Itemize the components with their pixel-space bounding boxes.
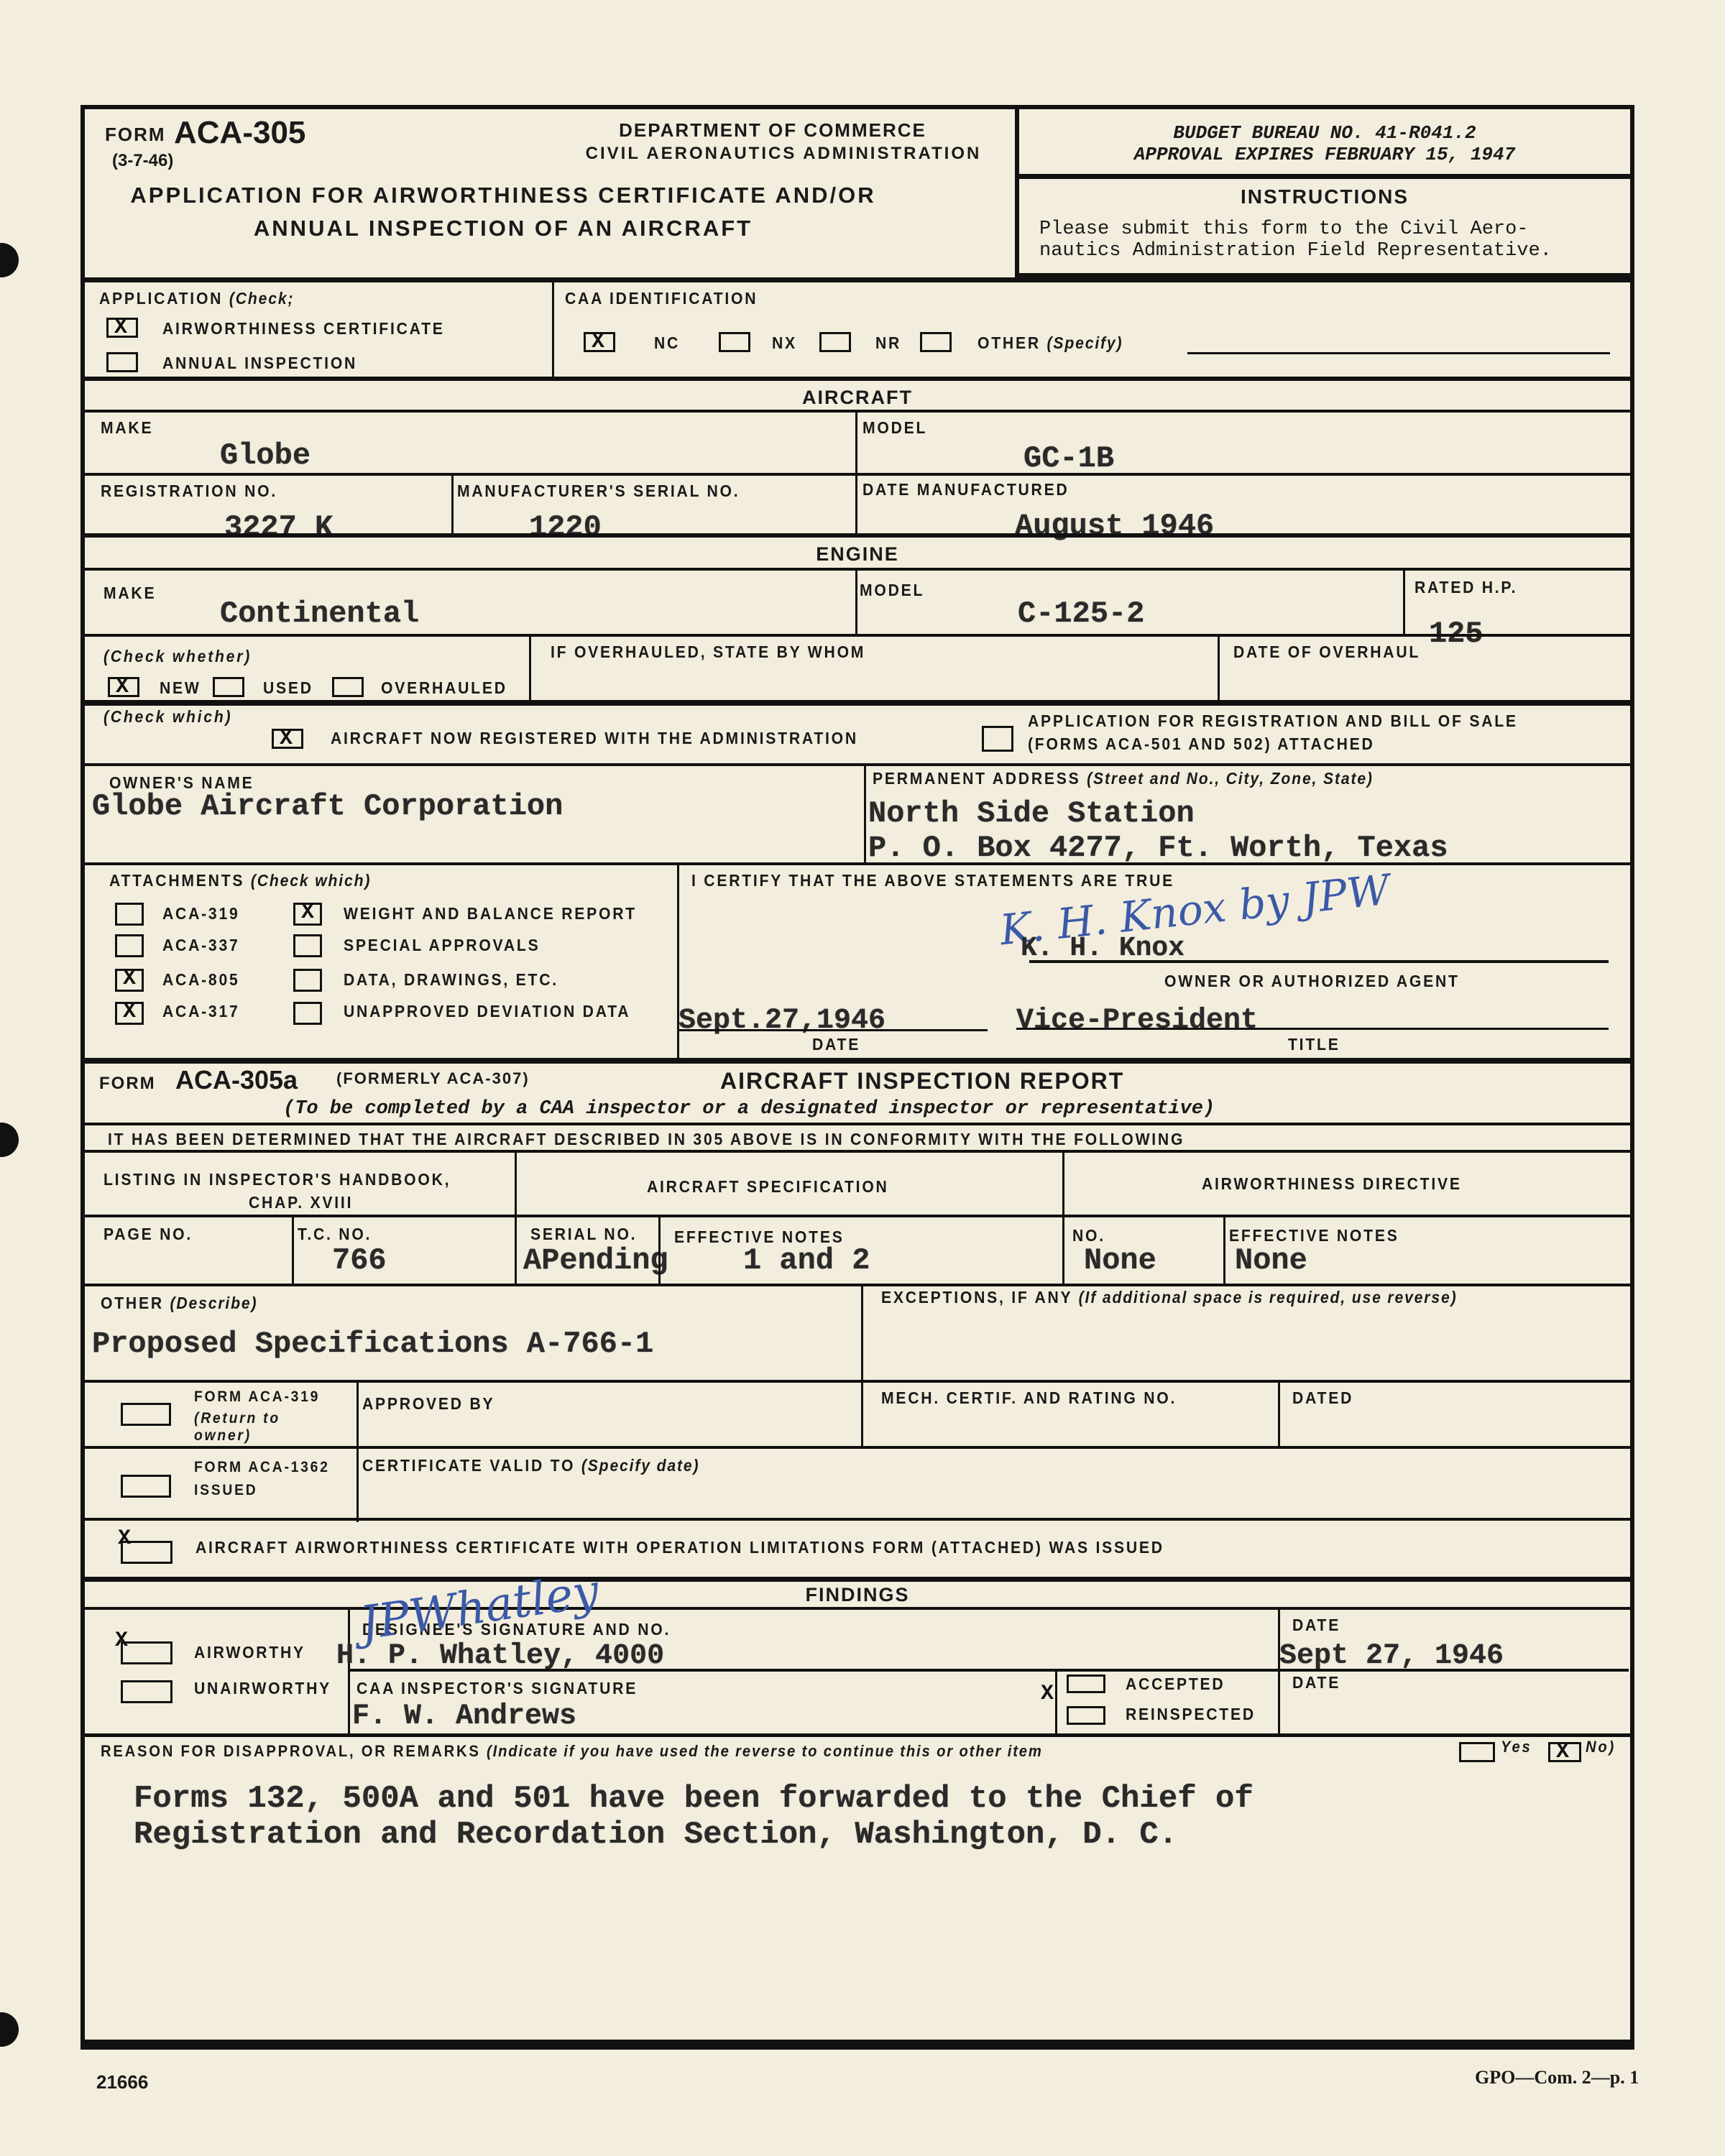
certify-date-value[interactable]: Sept.27,1946 <box>678 1005 885 1037</box>
airworthy-label: AIRWORTHY <box>194 1643 305 1662</box>
findings-date-value[interactable]: Sept 27, 1946 <box>1279 1640 1504 1672</box>
accepted-x-mark: X <box>1041 1682 1054 1706</box>
remarks-yes-label: Yes <box>1501 1738 1532 1756</box>
attachments-label: ATTACHMENTS (Check which) <box>109 871 371 890</box>
engine-new-checkbox[interactable] <box>108 677 139 697</box>
inspection-subtitle: (To be completed by a CAA inspector or a… <box>283 1098 1215 1120</box>
other-specify-field[interactable] <box>1187 352 1610 354</box>
other-describe-label: OTHER (Describe) <box>101 1294 257 1313</box>
aircraft-section-title: AIRCRAFT <box>85 387 1630 409</box>
application-label: APPLICATION (Check; <box>99 289 294 308</box>
nc-checkbox[interactable] <box>584 332 615 352</box>
annual-inspection-checkbox[interactable] <box>106 352 138 372</box>
instructions-text-1: Please submit this form to the Civil Aer… <box>1039 218 1529 240</box>
ad-effective-notes-value[interactable]: None <box>1235 1243 1307 1278</box>
footer-gpo: GPO—Com. 2—p. 1 <box>1475 2067 1639 2088</box>
inspection-report-title: AIRCRAFT INSPECTION REPORT <box>720 1068 1124 1095</box>
listing-label-2: CHAP. XVIII <box>249 1193 353 1212</box>
registration-no-label: REGISTRATION NO. <box>101 482 277 501</box>
date-manufactured-value[interactable]: August 1946 <box>1015 509 1214 543</box>
serial-no-label: SERIAL NO. <box>530 1225 637 1244</box>
valid-to-label: CERTIFICATE VALID TO (Specify date) <box>362 1456 699 1475</box>
spec-effective-notes-value[interactable]: 1 and 2 <box>743 1243 870 1278</box>
conformity-statement: IT HAS BEEN DETERMINED THAT THE AIRCRAFT… <box>108 1130 1184 1149</box>
aircraft-specification-label: AIRCRAFT SPECIFICATION <box>647 1177 889 1197</box>
form-prefix: FORM <box>105 124 166 146</box>
aca-319-form-label: FORM ACA-319 <box>194 1388 320 1406</box>
engine-section-title: ENGINE <box>85 543 1630 566</box>
findings-title: FINDINGS <box>85 1584 1630 1606</box>
airworthiness-certificate-checkbox[interactable] <box>106 318 138 338</box>
address-line1[interactable]: North Side Station <box>868 796 1195 831</box>
rated-hp-label: RATED H.P. <box>1414 578 1517 597</box>
airworthiness-directive-label: AIRWORTHINESS DIRECTIVE <box>1202 1174 1462 1194</box>
serial-no-value[interactable]: APending <box>523 1243 668 1278</box>
ad-no-value[interactable]: None <box>1084 1243 1156 1278</box>
nx-checkbox[interactable] <box>719 332 750 352</box>
nx-label: NX <box>772 333 797 353</box>
address-line2[interactable]: P. O. Box 4277, Ft. Worth, Texas <box>868 831 1448 865</box>
nc-label: NC <box>654 333 680 353</box>
airworthy-checkbox[interactable] <box>121 1641 172 1664</box>
registration-no-value[interactable]: 3227 K <box>224 510 333 545</box>
aca-1362-form-label: FORM ACA-1362 <box>194 1459 330 1476</box>
engine-new-label: NEW <box>160 678 201 698</box>
reinspected-label: REINSPECTED <box>1126 1705 1256 1724</box>
mech-cert-label: MECH. CERTIF. AND RATING NO. <box>881 1388 1177 1408</box>
aca-1362-issued-label: ISSUED <box>194 1482 257 1499</box>
aca-805-label: ACA-805 <box>162 970 240 990</box>
budget-bureau-no: BUDGET BUREAU NO. 41-R041.2 <box>1019 122 1630 144</box>
instructions-heading: INSTRUCTIONS <box>1019 185 1630 208</box>
caa-inspector-value[interactable]: F. W. Andrews <box>352 1700 576 1733</box>
aca-319-label: ACA-319 <box>162 904 240 923</box>
punch-hole <box>0 2012 19 2047</box>
special-approvals-label: SPECIAL APPROVALS <box>344 936 540 955</box>
data-drawings-label: DATA, DRAWINGS, ETC. <box>344 970 558 990</box>
aca-317-checkbox[interactable] <box>115 1002 144 1025</box>
nr-checkbox[interactable] <box>819 332 851 352</box>
manufacturer-serial-value[interactable]: 1220 <box>529 510 602 545</box>
certificate-issued-x-mark: X <box>118 1526 131 1551</box>
overhauled-by-label: IF OVERHAULED, STATE BY WHOM <box>551 642 865 662</box>
remarks-label: REASON FOR DISAPPROVAL, OR REMARKS (Indi… <box>101 1742 1043 1761</box>
caa-identification-label: CAA IDENTIFICATION <box>565 289 758 308</box>
inspection-formerly: (FORMERLY ACA-307) <box>336 1069 530 1088</box>
annual-inspection-label: ANNUAL INSPECTION <box>162 354 357 373</box>
aircraft-make-value[interactable]: Globe <box>220 438 310 473</box>
engine-used-label: USED <box>263 678 313 698</box>
certify-date-label: DATE <box>812 1035 860 1054</box>
owner-typed-name[interactable]: K. H. Knox <box>1021 933 1184 964</box>
registration-application-label-1: APPLICATION FOR REGISTRATION AND BILL OF… <box>1028 711 1518 731</box>
aircraft-model-value[interactable]: GC-1B <box>1023 441 1114 476</box>
other-label: OTHER (Specify) <box>977 333 1123 353</box>
engine-model-value[interactable]: C-125-2 <box>1018 596 1144 631</box>
owner-name-value[interactable]: Globe Aircraft Corporation <box>92 789 563 824</box>
tc-no-label: T.C. NO. <box>298 1225 372 1244</box>
aircraft-model-label: MODEL <box>862 418 927 438</box>
accepted-checkbox[interactable] <box>1067 1674 1105 1693</box>
weight-balance-label: WEIGHT AND BALANCE REPORT <box>344 904 637 923</box>
certificate-issued-label: AIRCRAFT AIRWORTHINESS CERTIFICATE WITH … <box>195 1538 1164 1557</box>
certify-statement: I CERTIFY THAT THE ABOVE STATEMENTS ARE … <box>691 871 1174 890</box>
aca-337-checkbox[interactable] <box>115 934 144 957</box>
engine-overhauled-label: OVERHAULED <box>381 678 507 698</box>
punch-hole <box>0 243 19 277</box>
form-title-line1: APPLICATION FOR AIRWORTHINESS CERTIFICAT… <box>108 183 898 208</box>
agency: CIVIL AERONAUTICS ADMINISTRATION <box>561 144 1006 164</box>
nr-label: NR <box>875 333 901 353</box>
weight-balance-checkbox[interactable] <box>293 903 322 926</box>
designee-value[interactable]: H. P. Whatley, 4000 <box>336 1640 664 1672</box>
remarks-no-label: No) <box>1586 1738 1616 1756</box>
form-title-line2: ANNUAL INSPECTION OF AN AIRCRAFT <box>108 216 898 241</box>
form-number: ACA-305 <box>174 115 305 151</box>
data-drawings-checkbox[interactable] <box>293 969 322 992</box>
unapproved-deviation-label: UNAPPROVED DEVIATION DATA <box>344 1002 630 1021</box>
tc-no-value[interactable]: 766 <box>332 1243 387 1278</box>
permanent-address-label: PERMANENT ADDRESS (Street and No., City,… <box>873 769 1374 788</box>
caa-inspector-label: CAA INSPECTOR'S SIGNATURE <box>356 1679 638 1698</box>
registration-application-checkbox[interactable] <box>982 726 1013 752</box>
punch-hole <box>0 1123 19 1157</box>
aca-319-issued-checkbox[interactable] <box>121 1403 171 1426</box>
dated-label: DATED <box>1292 1388 1353 1408</box>
unairworthy-checkbox[interactable] <box>121 1680 172 1703</box>
overhaul-date-label: DATE OF OVERHAUL <box>1233 642 1420 662</box>
aircraft-registered-label: AIRCRAFT NOW REGISTERED WITH THE ADMINIS… <box>331 729 858 748</box>
check-which-label: (Check which) <box>103 707 232 727</box>
registration-application-label-2: (FORMS ACA-501 AND 502) ATTACHED <box>1028 734 1375 754</box>
footer-form-code: 21666 <box>96 2071 148 2093</box>
certify-title-label: TITLE <box>1288 1035 1340 1054</box>
ad-effective-notes-label: EFFECTIVE NOTES <box>1229 1226 1399 1245</box>
airworthy-x-mark: X <box>115 1628 128 1653</box>
form-date: (3-7-46) <box>112 151 173 171</box>
other-describe-value[interactable]: Proposed Specifications A-766-1 <box>92 1327 653 1361</box>
accepted-label: ACCEPTED <box>1126 1674 1225 1694</box>
instructions-text-2: nautics Administration Field Representat… <box>1039 240 1552 262</box>
reinspected-checkbox[interactable] <box>1067 1706 1105 1725</box>
aca-1362-issued-checkbox[interactable] <box>121 1475 171 1498</box>
remarks-line1[interactable]: Forms 132, 500A and 501 have been forwar… <box>134 1781 1253 1817</box>
unairworthy-label: UNAIRWORTHY <box>194 1679 331 1698</box>
findings-date2-label: DATE <box>1292 1673 1340 1692</box>
owner-agent-label: OWNER OR AUTHORIZED AGENT <box>1164 972 1460 991</box>
aca-319-return-label: (Return to owner) <box>194 1410 326 1445</box>
findings-date-label: DATE <box>1292 1616 1340 1635</box>
ad-no-label: NO. <box>1072 1226 1105 1245</box>
inspection-form-prefix: FORM <box>99 1074 156 1094</box>
engine-model-label: MODEL <box>860 581 924 600</box>
exceptions-label: EXCEPTIONS, IF ANY (If additional space … <box>881 1288 1457 1307</box>
aca-319-checkbox[interactable] <box>115 903 144 926</box>
approved-by-label: APPROVED BY <box>362 1394 494 1414</box>
date-manufactured-label: DATE MANUFACTURED <box>862 480 1069 499</box>
aca-337-label: ACA-337 <box>162 936 240 955</box>
check-whether-label: (Check whether) <box>103 647 252 666</box>
engine-make-value[interactable]: Continental <box>220 596 419 631</box>
engine-overhauled-checkbox[interactable] <box>332 677 364 697</box>
other-checkbox[interactable] <box>920 332 952 352</box>
listing-label-1: LISTING IN INSPECTOR'S HANDBOOK, <box>103 1170 451 1189</box>
department: DEPARTMENT OF COMMERCE <box>575 119 970 142</box>
manufacturer-serial-label: MANUFACTURER'S SERIAL NO. <box>457 482 740 501</box>
aca-805-checkbox[interactable] <box>115 969 144 992</box>
aircraft-registered-checkbox[interactable] <box>272 729 303 749</box>
remarks-no-checkbox[interactable] <box>1548 1742 1581 1762</box>
unapproved-deviation-checkbox[interactable] <box>293 1002 322 1025</box>
special-approvals-checkbox[interactable] <box>293 934 322 957</box>
aca-317-label: ACA-317 <box>162 1002 240 1021</box>
approval-expires: APPROVAL EXPIRES FEBRUARY 15, 1947 <box>1019 144 1630 165</box>
certify-title-value[interactable]: Vice-President <box>1016 1005 1258 1037</box>
remarks-yes-checkbox[interactable] <box>1459 1742 1495 1762</box>
aircraft-make-label: MAKE <box>101 418 153 438</box>
engine-make-label: MAKE <box>103 584 156 603</box>
engine-used-checkbox[interactable] <box>213 677 244 697</box>
remarks-line2[interactable]: Registration and Recordation Section, Wa… <box>134 1817 1177 1853</box>
airworthiness-certificate-label: AIRWORTHINESS CERTIFICATE <box>162 319 445 338</box>
inspection-form-number: ACA-305a <box>175 1065 298 1095</box>
page-no-label: PAGE NO. <box>103 1225 193 1244</box>
